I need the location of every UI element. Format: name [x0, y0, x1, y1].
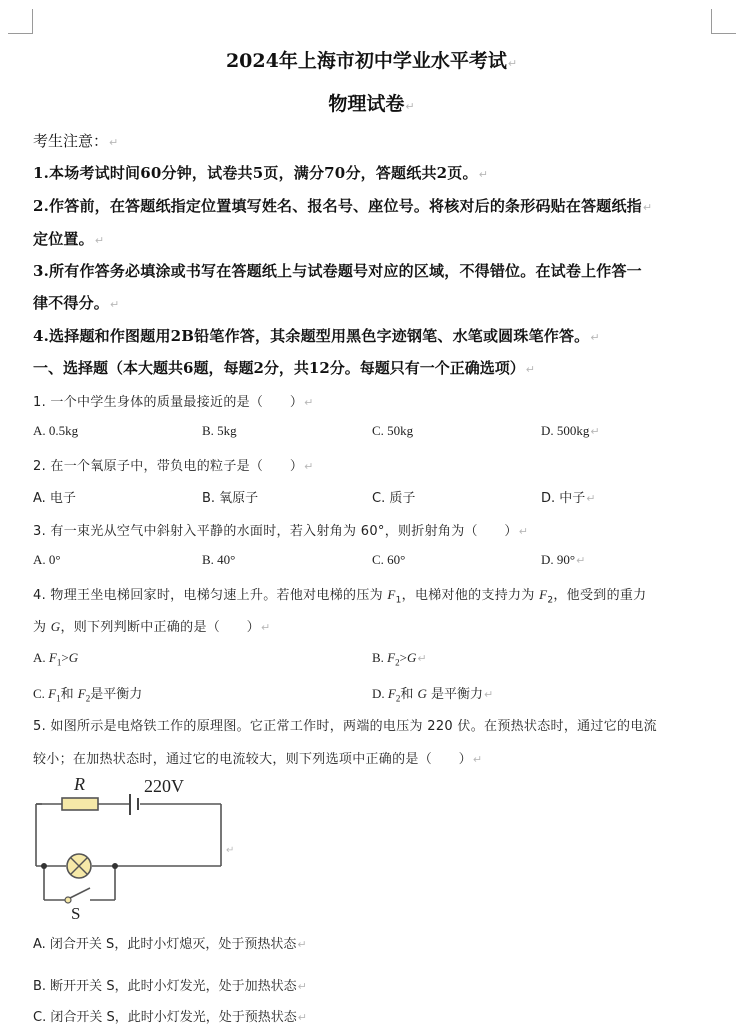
question-1-option-d[interactable]: D. 500kg↵ — [541, 423, 600, 439]
question-4-option-d[interactable]: D. F2和 G 是平衡力↵ — [372, 683, 493, 704]
exam-subtitle: 物理试卷↵ — [0, 89, 743, 116]
notice-item-4: 4.选择题和作图题用2B铅笔作答，其余题型用黑色字迹钢笔、水笔或圆珠笔作答。↵ — [33, 325, 600, 346]
question-5-option-b[interactable]: B. 断开开关 S，此时小灯发光，处于加热状态↵ — [33, 975, 307, 994]
question-5-option-c[interactable]: C. 闭合开关 S，此时小灯发光，处于预热状态↵ — [33, 1006, 307, 1024]
question-2-stem: 2. 在一个氧原子中，带负电的粒子是（ ）↵ — [33, 455, 314, 474]
notice-item-1: 1.本场考试时间60分钟，试卷共5页，满分70分，答题纸共2页。↵ — [33, 162, 488, 183]
question-2-option-c[interactable]: C. 质子 — [372, 487, 415, 506]
question-2-option-a[interactable]: A. 电子 — [33, 487, 76, 506]
resistor-icon — [62, 798, 98, 810]
question-4-stem-line-1: 4. 物理王坐电梯回家时，电梯匀速上升。若他对电梯的压为 F1，电梯对他的支持力… — [33, 584, 646, 606]
question-3-option-b[interactable]: B. 40° — [202, 552, 235, 568]
page-corner-mark-top-right — [711, 9, 736, 34]
question-4-option-a[interactable]: A. F1>G — [33, 650, 78, 668]
question-1-option-a[interactable]: A. 0.5kg — [33, 423, 78, 439]
notice-item-3-cont: 律不得分。↵ — [33, 292, 119, 313]
question-5-option-a[interactable]: A. 闭合开关 S，此时小灯熄灭，处于预热状态↵ — [33, 933, 307, 952]
question-3-option-d[interactable]: D. 90°↵ — [541, 552, 585, 568]
question-1-option-b[interactable]: B. 5kg — [202, 423, 237, 439]
question-5-stem-line-1: 5. 如图所示是电烙铁工作的原理图。它正常工作时，两端的电压为 220 伏。在预… — [33, 715, 657, 734]
circuit-diagram: R 220V S ↵ — [28, 770, 243, 920]
svg-text:220V: 220V — [144, 776, 184, 796]
notice-heading: 考生注意：↵ — [33, 130, 118, 151]
question-3-option-a[interactable]: A. 0° — [33, 552, 61, 568]
switch-icon — [65, 897, 71, 903]
question-4-option-c[interactable]: C. F1和 F2是平衡力 — [33, 683, 142, 704]
question-3-option-c[interactable]: C. 60° — [372, 552, 405, 568]
notice-item-2-cont: 定位置。↵ — [33, 228, 104, 249]
question-1-stem: 1. 一个中学生身体的质量最接近的是（ ）↵ — [33, 391, 314, 410]
exam-title: 2024年上海市初中学业水平考试↵ — [0, 46, 743, 73]
lamp-icon — [67, 854, 91, 878]
svg-text:↵: ↵ — [226, 845, 234, 856]
notice-item-2: 2.作答前，在答题纸指定位置填写姓名、报名号、座位号。将核对后的条形码贴在答题纸… — [33, 195, 652, 216]
section-heading: 一、选择题（本大题共6题，每题2分，共12分。每题只有一个正确选项）↵ — [33, 357, 535, 378]
question-1-option-c[interactable]: C. 50kg — [372, 423, 413, 439]
question-2-option-d[interactable]: D. 中子↵ — [541, 487, 596, 506]
question-4-option-b[interactable]: B. F2>G↵ — [372, 650, 427, 668]
question-5-stem-line-2: 较小；在加热状态时，通过它的电流较大，则下列选项中正确的是（ ）↵ — [33, 748, 482, 767]
svg-text:R: R — [73, 774, 85, 794]
paragraph-mark: ↵ — [508, 57, 517, 70]
page-corner-mark-top-left — [8, 9, 33, 34]
question-4-stem-line-2: 为 G，则下列判断中正确的是（ ）↵ — [33, 616, 270, 635]
svg-text:S: S — [71, 904, 80, 920]
question-3-stem: 3. 有一束光从空气中斜射入平静的水面时，若入射角为 60°，则折射角为（ ）↵ — [33, 520, 528, 539]
question-2-option-b[interactable]: B. 氧原子 — [202, 487, 258, 506]
paragraph-mark: ↵ — [405, 100, 414, 113]
notice-item-3: 3.所有作答务必填涂或书写在答题纸上与试卷题号对应的区域，不得错位。在试卷上作答… — [33, 260, 642, 281]
